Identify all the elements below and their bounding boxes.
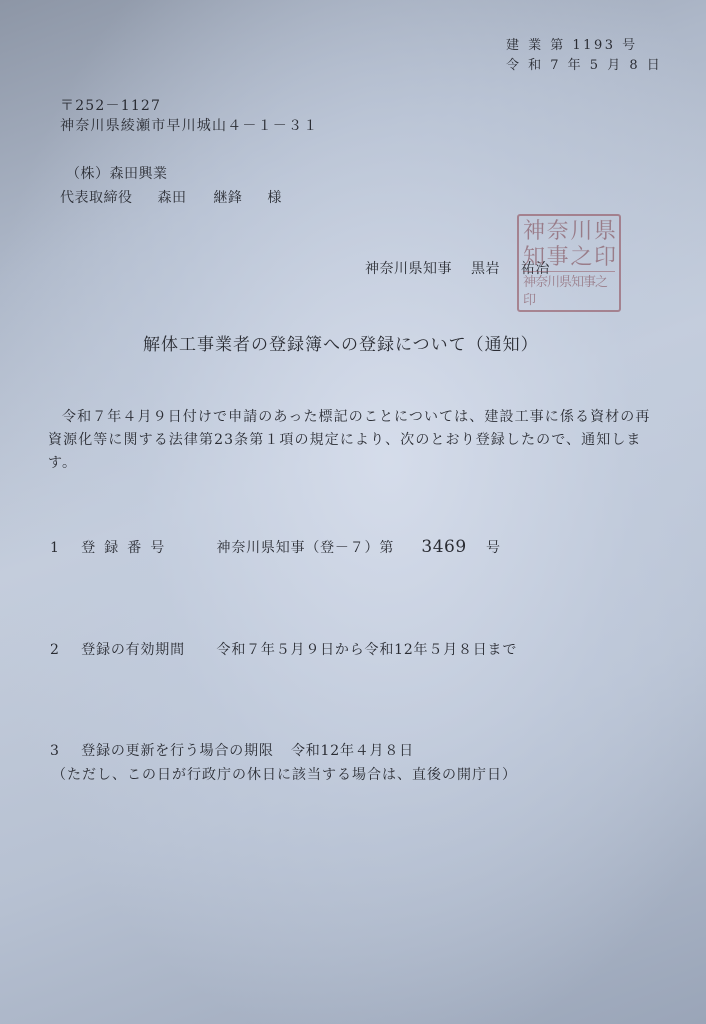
- seal-char: 奈: [547, 219, 568, 245]
- item-renewal-deadline: 3 登録の更新を行う場合の期限 令和12年４月８日: [50, 740, 414, 760]
- item-value: 令和12年４月８日: [291, 740, 414, 760]
- body-paragraph: 令和７年４月９日付けで申請のあった標記のことについては、建設工事に係る資材の再資…: [48, 406, 658, 475]
- seal-char: 事: [547, 245, 568, 271]
- renewal-deadline-note: （ただし、この日が行政庁の休日に該当する場合は、直後の開庁日）: [52, 764, 517, 784]
- postal-code: 〒252－1127: [60, 96, 318, 116]
- seal-char: 神: [523, 219, 544, 245]
- recipient-honorific: 様: [267, 186, 282, 210]
- recipient-person: 代表取締役 森田 継鋒 様: [60, 186, 282, 210]
- item-label: 登録の有効期間: [81, 639, 211, 659]
- recipient-surname: 森田: [157, 186, 186, 210]
- document-date: 令 和 7 年 5 月 8 日: [506, 56, 662, 76]
- item-number: 3: [50, 743, 76, 759]
- seal-char: 県: [594, 219, 615, 245]
- item-number: 2: [50, 642, 76, 658]
- document-number-block: 建 業 第 1193 号 令 和 7 年 5 月 8 日: [506, 36, 662, 76]
- seal-row-top: 神 奈 川 県: [523, 219, 615, 245]
- recipient-address-block: 〒252－1127 神奈川県綾瀬市早川城山４－１－３１: [60, 96, 318, 136]
- seal-char: 印: [594, 245, 615, 271]
- recipient-company: （株）森田興業: [60, 162, 282, 186]
- item-validity-period: 2 登録の有効期間 令和７年５月９日から令和12年５月８日まで: [50, 639, 517, 659]
- seal-char: 之: [570, 245, 591, 271]
- item-label: 登録の更新を行う場合の期限: [81, 740, 273, 760]
- recipient-block: （株）森田興業 代表取締役 森田 継鋒 様: [60, 162, 282, 210]
- item-value: 令和７年５月９日から令和12年５月８日まで: [217, 639, 518, 659]
- recipient-title: 代表取締役: [60, 186, 133, 210]
- seal-row-bottom: 神奈川県知事之印: [523, 271, 615, 310]
- item-label: 登録番号: [81, 537, 211, 557]
- document-title: 解体工事業者の登録簿への登録について（通知）: [143, 330, 539, 355]
- item-registration-number: 1 登録番号 神奈川県知事（登－７）第 3469 号: [50, 537, 501, 557]
- registration-number: 3469: [421, 537, 466, 557]
- recipient-given-name: 継鋒: [213, 186, 242, 210]
- official-seal-stamp: 神 奈 川 県 知 事 之 印 神奈川県知事之印: [517, 214, 621, 312]
- item-value-suffix: 号: [486, 537, 501, 557]
- document-number: 建 業 第 1193 号: [506, 36, 662, 56]
- seal-char: 川: [570, 219, 591, 245]
- sender-office: 神奈川県知事: [365, 258, 452, 278]
- seal-char: 知: [523, 245, 544, 271]
- recipient-address: 神奈川県綾瀬市早川城山４－１－３１: [60, 116, 318, 136]
- sender-surname: 黒岩: [471, 258, 500, 278]
- item-value-prefix: 神奈川県知事（登－７）第: [217, 537, 395, 557]
- seal-row-middle: 知 事 之 印: [523, 245, 615, 271]
- item-number: 1: [50, 540, 76, 556]
